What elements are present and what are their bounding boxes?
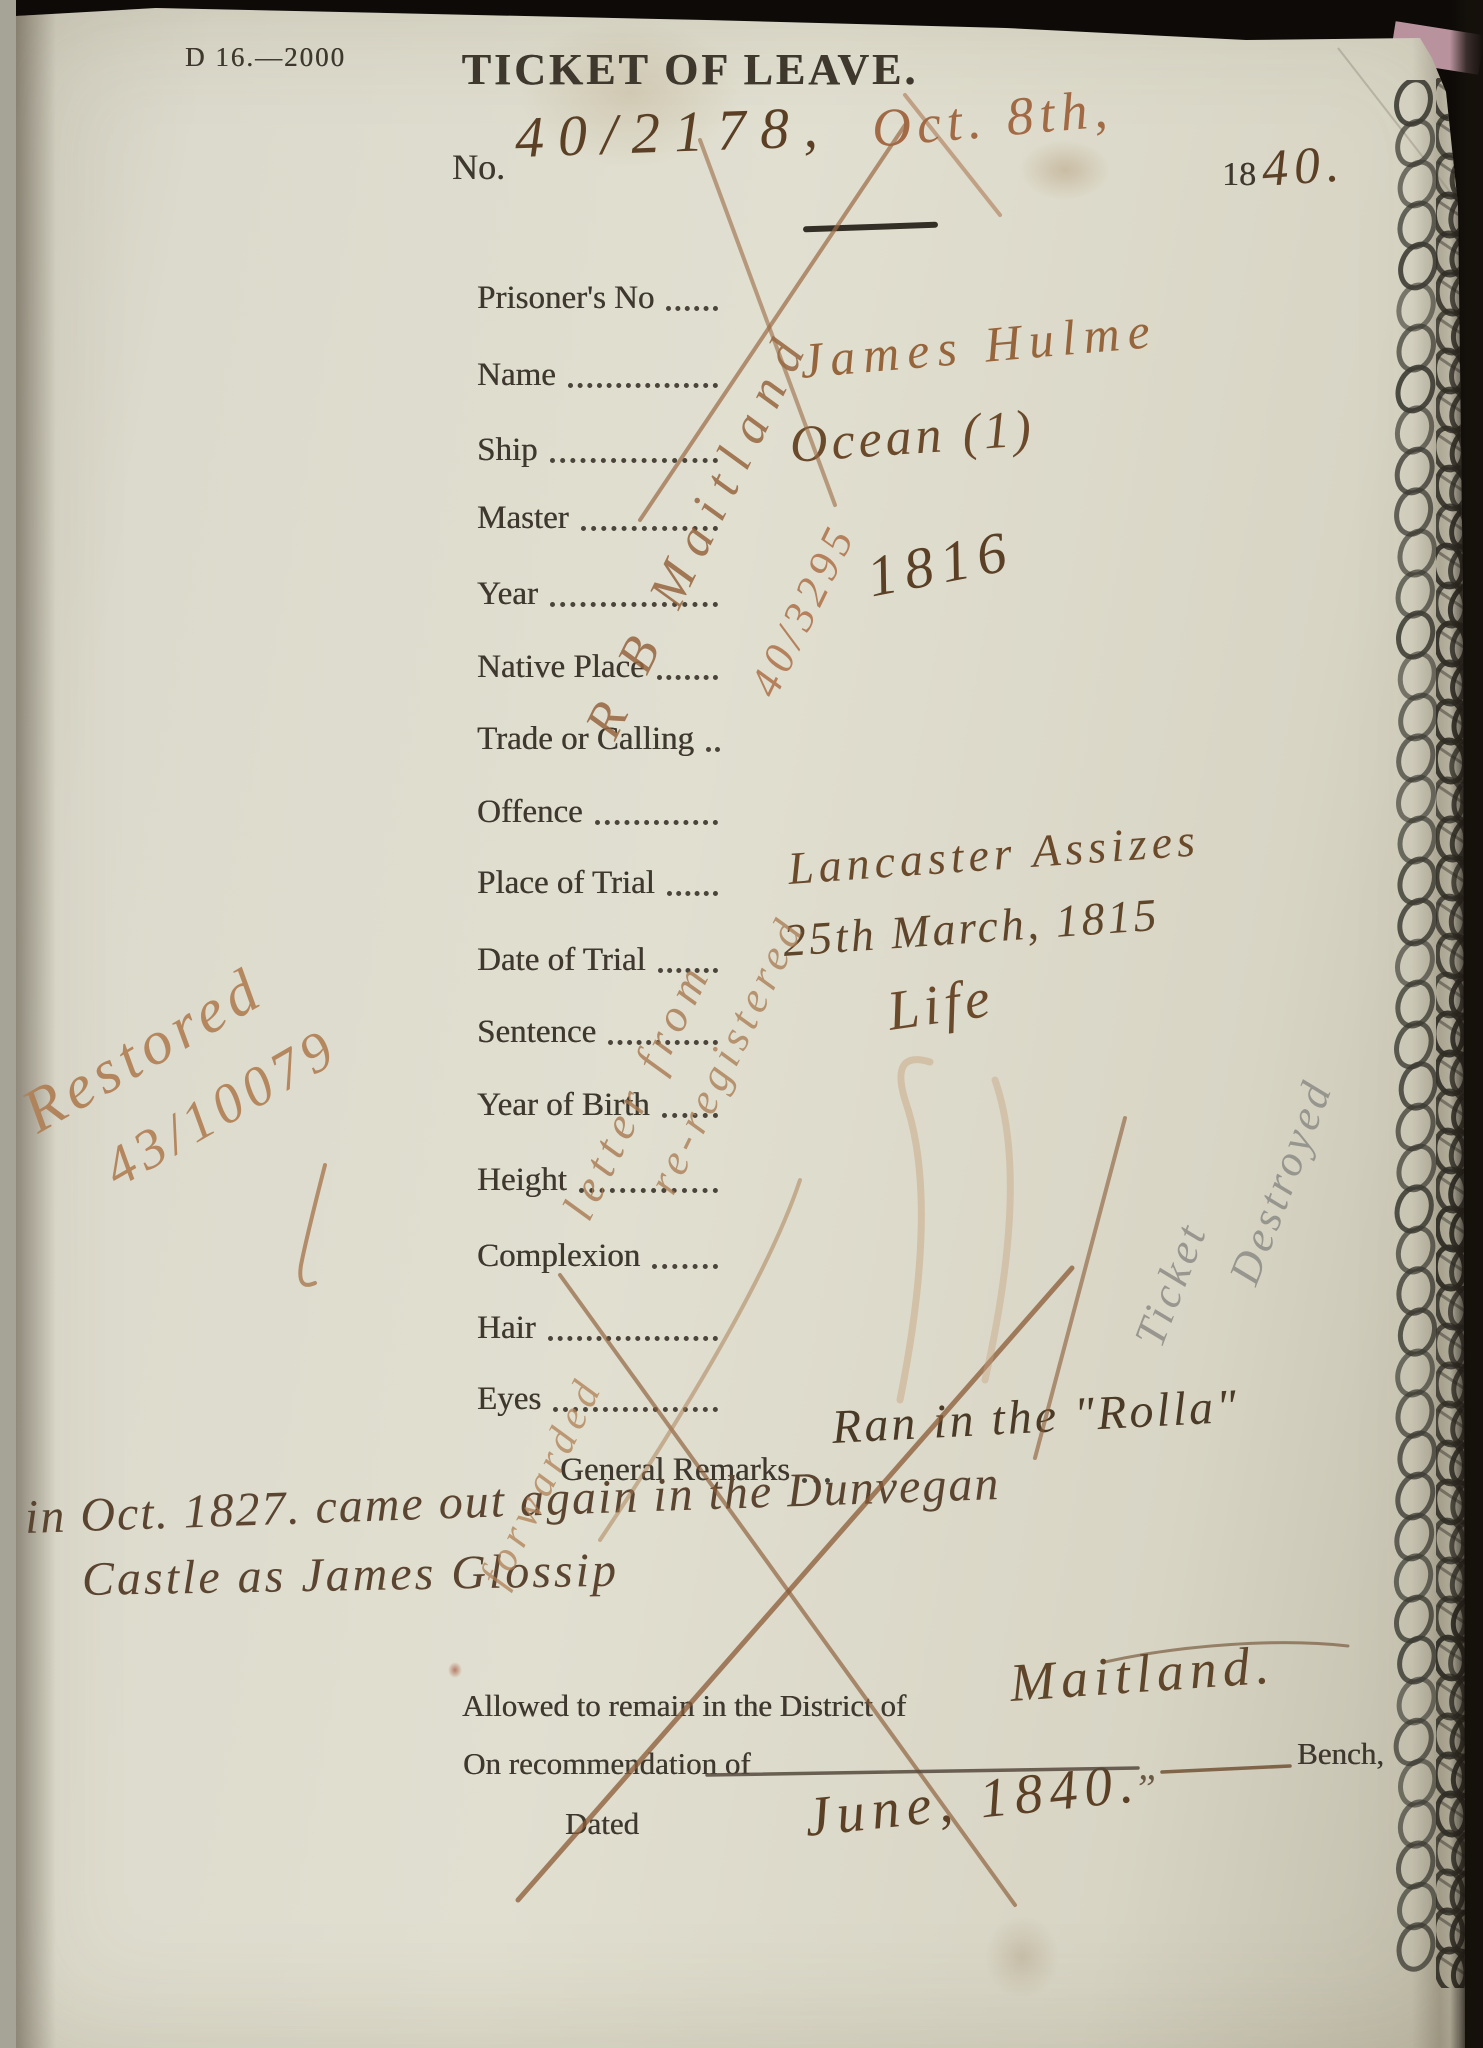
dotted-leader — [550, 458, 718, 463]
field-label: Master — [477, 496, 569, 540]
dotted-leader — [652, 1264, 718, 1269]
printed-rule — [803, 222, 938, 233]
field-label: Date of Trial — [477, 938, 646, 982]
pencil-note: Ticket Destroyed — [1117, 978, 1376, 1380]
dotted-leader — [595, 820, 718, 825]
field-label: Place of Trial — [477, 861, 655, 905]
field-row-hair: Hair — [477, 1306, 718, 1350]
field-label: Offence — [477, 790, 583, 834]
dated-printed: Dated — [565, 1806, 639, 1842]
form-code: D 16.—2000 — [185, 42, 346, 73]
ship-value: Ocean (1) — [788, 399, 1037, 475]
field-row-prisoners-no: Prisoner's No — [477, 276, 718, 320]
field-label: Prisoner's No — [477, 276, 654, 320]
field-label: Eyes — [477, 1377, 541, 1421]
recommendation-dash-mark: „ — [1138, 1742, 1160, 1789]
scrawl-fragment: 40/3295 — [739, 515, 866, 705]
place-of-trial-value: Lancaster Assizes — [786, 813, 1201, 895]
ticket-number-handwritten: 40/2178, — [514, 93, 833, 171]
field-row-offence: Offence — [477, 790, 718, 834]
dotted-leader — [548, 1336, 718, 1341]
dotted-leader — [667, 891, 718, 896]
book-edge-strip — [0, 0, 16, 2048]
dated-value: June, 1840. — [802, 1751, 1144, 1850]
printed-year-prefix: 18 — [1222, 156, 1256, 194]
bench-printed: Bench, — [1297, 1736, 1384, 1772]
district-value: Maitland. — [1008, 1634, 1277, 1714]
field-row-ship: Ship — [477, 428, 718, 472]
general-remarks-value: Ran in the "Rolla" — [831, 1379, 1241, 1455]
number-label: No. — [452, 146, 505, 188]
field-label: Ship — [477, 428, 538, 472]
field-row-place-of-trial: Place of Trial — [477, 861, 718, 905]
ink-speck — [448, 1662, 462, 1678]
dotted-leader — [657, 675, 718, 680]
paper-stain — [1020, 140, 1110, 200]
field-row-complexion: Complexion — [477, 1234, 718, 1278]
year-handwritten: 40. — [1260, 134, 1347, 199]
field-row-name: Name — [477, 353, 718, 397]
field-label: Year — [477, 572, 538, 616]
year-value: 1816 — [862, 516, 1020, 610]
remarks-continued-line3: Castle as James Glossip — [82, 1543, 620, 1607]
date-of-trial-value: 25th March, 1815 — [781, 888, 1161, 967]
field-label: Complexion — [477, 1234, 640, 1278]
allowed-printed-line: Allowed to remain in the District of — [462, 1688, 906, 1724]
recommendation-printed-line: On recommendation of — [463, 1746, 751, 1782]
gutter-shadow — [16, 0, 56, 2048]
paper-stain — [985, 1915, 1059, 1999]
field-label: Height — [477, 1158, 567, 1202]
dotted-leader — [568, 383, 718, 388]
dotted-leader — [706, 747, 720, 752]
page-title: TICKET OF LEAVE. — [460, 44, 920, 95]
sentence-value: Life — [884, 965, 999, 1043]
document-page: D 16.—2000 TICKET OF LEAVE. No. 18 40/21… — [0, 0, 1483, 2048]
page-edge-shadow — [1450, 0, 1483, 2048]
name-value: James Hulme — [797, 301, 1159, 390]
dotted-leader — [666, 306, 718, 311]
field-label: Sentence — [477, 1010, 596, 1054]
field-label: Name — [477, 353, 556, 397]
restored-note: Restored 43/10079 — [5, 897, 405, 1230]
ticket-of-leave-scan: D 16.—2000 TICKET OF LEAVE. No. 18 40/21… — [0, 0, 1483, 2048]
field-label: Hair — [477, 1306, 536, 1350]
